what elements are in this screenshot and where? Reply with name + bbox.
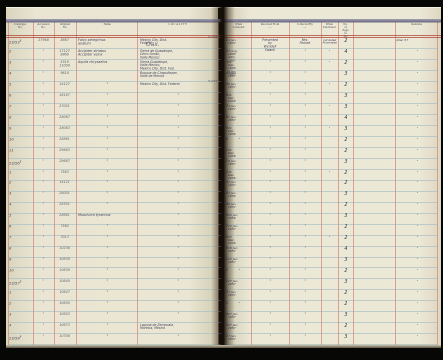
ledger-cell-loc: " [140,291,217,302]
ledger-cell-orig: 14127 [54,83,76,94]
ledger-cell-acc: " [33,324,54,335]
ledger-cell-acc: " [33,116,54,127]
ledger-cell-date: 17 Jan. 1957 [228,313,251,324]
ledger-cell-date: 27 Jan. 1957 [228,324,251,335]
col-header-accession-no: Accession No. [33,23,54,35]
ledger-cell-date: 4 Jan. 1957 [228,72,251,83]
ledger-cell-loc: " [140,160,217,171]
ledger-cell-eggs: 3 [338,160,353,171]
ledger-cell-cat: 3 [9,192,31,203]
col-header-collected-by: Collected By— [289,23,321,35]
ledger-cell-rem: " [396,94,438,105]
header-band [6,19,441,22]
ledger-cell-recv: " [251,291,289,302]
ledger-cell-acc: " [33,105,54,116]
ledger-cell-date: 23 Jan. 1957 [228,258,251,269]
ledger-cell-date: 4 Jan. 1957 [228,39,251,50]
ledger-cell-wp: " [321,61,338,72]
ledger-cell-date: 16 Jan. 1957 [228,247,251,258]
ledger-cell-eggs: 2 [338,324,353,335]
ledger-cell-coll: Mrs. Pelzart [289,39,321,50]
ledger-cell-recv: " [251,313,289,324]
ledger-cell-recv: " [251,280,289,291]
ledger-cell-name: " [78,83,137,94]
ledger-cell-date: 27 Jan. 1957 [228,280,251,291]
ledger-cell-orig: 10639 [54,269,76,280]
ledger-cell-cat: 3 [9,313,31,324]
ledger-cell-acc: " [33,269,54,280]
ledger-cell-eggs: 2 [338,149,353,160]
ledger-cell-eggs: 3 [338,313,353,324]
ledger-cell-wp: not dated Purchased [321,39,338,50]
ledger-cell-rem: " [396,269,438,280]
ledger-cell-loc: " [140,116,217,127]
ledger-cell-orig: 28861 [54,138,76,149]
ledger-cell-name: " [78,269,137,280]
ledger-cell-acc: " [33,291,54,302]
ledger-cell-wp: " [321,50,338,61]
ledger-cell-name: " [78,116,137,127]
ledger-cell-acc: " [33,61,54,72]
margin-note: 5/4/57 [188,80,217,86]
ledger-cell-date: 7 Jan. 1957 [228,291,251,302]
ledger-cell-name: " [78,302,137,313]
scan-border-left [0,0,6,360]
ledger-cell-recv: " [251,269,289,280]
ledger-cell-orig: 9618 [54,72,76,83]
ledger-cell-date: 21 Dec. 1956 [228,149,251,160]
ledger-cell-recv: " [251,258,289,269]
ledger-cell-rem: " [396,302,438,313]
ledger-cell-rem: Allan 57 [396,39,438,50]
ledger-cell-recv: " [251,116,289,127]
ledger-cell-orig: 10647 [54,291,76,302]
ledger-cell-rem: " [396,160,438,171]
ledger-cell-cat: 4 [9,72,31,83]
ledger-cell-coll: " [289,280,321,291]
ledger-cell-coll: " [289,50,321,61]
ledger-cell-cat: 5 [9,214,31,225]
ledger-cell-orig: 28067 [54,116,76,127]
ledger-cell-rem: " [396,138,438,149]
ledger-cell-rem: " [396,127,438,138]
ledger-cell-name: " [78,138,137,149]
ledger-cell-loc: " [140,127,217,138]
ledger-cell-eggs: 2 [338,138,353,149]
ledger-cell-eggs: 4 [338,116,353,127]
ledger-cell-coll: " [289,72,321,83]
column-rule [218,19,219,347]
ledger-cell-date: 21 Dec. 1956 [228,127,251,138]
ledger-cell-orig: 8867 [54,39,76,50]
ledger-cell-orig: 27001 [54,105,76,116]
ledger-cell-coll: " [289,83,321,94]
ledger-cell-loc: " [140,94,217,105]
ledger-cell-name: Falco peregrinus anatum [78,39,137,50]
ledger-cell-loc: Sierra Guadalupe, Valle Mexico, Mexico C… [140,61,217,72]
ledger-cell-cat: 6 [9,94,31,105]
ledger-cell-coll: " [289,291,321,302]
ledger-cell-coll: " [289,160,321,171]
ledger-cell-date: 7 Aug. 1956 Adm. 1957 [228,50,251,61]
ledger-cell-orig: 29663 [54,149,76,160]
ledger-cell-cat: 6 [9,225,31,236]
ledger-cell-date: 8 Jan. 1957 [228,83,251,94]
ledger-cell-cat: 4 [9,203,31,214]
ledger-cell-name: " [78,324,137,335]
ledger-cell-loc: " [140,280,217,291]
ledger-cell-name: " [78,94,137,105]
ledger-cell-loc: " [140,313,217,324]
ledger-cell-rem: " [396,116,438,127]
col-header-name: Name [77,23,137,35]
ledger-cell-acc: " [33,127,54,138]
ledger-cell-recv: " [251,83,289,94]
ledger-cell-coll: " [289,302,321,313]
ledger-cell-orig: 29667 [54,160,76,171]
ledger-cell-cat: 23/539 [9,39,31,50]
ledger-cell-acc: " [33,72,54,83]
ledger-cell-eggs: 3 [338,105,353,116]
ledger-cell-acc: " [33,280,54,291]
ledger-cell-acc: " [33,302,54,313]
col-header-when-collected: When Collected [226,23,250,35]
ledger-cell-rem: " [396,247,438,258]
ledger-cell-name: " [78,149,137,160]
ledger-cell-date: 9 Jan. 1957 [228,160,251,171]
ledger-cell-loc: " [140,269,217,280]
ledger-cell-loc: " [140,258,217,269]
header-rule-top [6,35,441,36]
ledger-cell-name: " [78,160,137,171]
ledger-cell-cat: 10 [9,138,31,149]
ledger-cell-coll: " [289,313,321,324]
ledger-cell-date: " [228,302,251,313]
ledger-cell-acc: " [33,94,54,105]
ledger-cell-cat: 1 [9,171,31,182]
ledger-cell-coll: " [289,324,321,335]
ledger-cell-cat: 7 [9,105,31,116]
ledger-cell-cat: 10 [9,269,31,280]
column-rule [137,19,138,347]
ledger-cell-loc: " [140,149,217,160]
col-header-eggs-in-set: No. of Eggs in Set [338,23,353,35]
ledger-cell-rem: " [396,258,438,269]
ledger-cell-wp: " [321,83,338,94]
ledger-cell-date: 21 Dec. 1956 [228,94,251,105]
ledger-cell-wp: " [321,127,338,138]
ledger-cell-loc: " [140,138,217,149]
margin-note: 5/4/57 [188,36,217,42]
ledger-cell-acc: " [33,313,54,324]
ledger-cell-eggs: 3 [338,94,353,105]
ledger-cell-orig: 10638 [54,258,76,269]
ledger-cell-recv: " [251,72,289,83]
ledger-cell-recv: " [251,61,289,72]
ledger-cell-coll: " [289,105,321,116]
ledger-cell-date: 2 Jan. 1957 [228,116,251,127]
ledger-cell-date: " [228,138,251,149]
ledger-cell-cat: 2 [9,181,31,192]
col-header-original-no: Original No. [54,23,76,35]
ledger-cell-orig: 10653 [54,313,76,324]
ledger-cell-name: " [78,280,137,291]
ledger-cell-rem: " [396,313,438,324]
ledger-cell-name: Aquila chrysaetos [78,61,137,72]
col-header-remarks: Remarks [395,23,438,35]
ledger-cell-cat: 3 [9,61,31,72]
ledger-cell-recv: " [251,94,289,105]
ledger-cell-recv: " [251,127,289,138]
col-header-received-from: Received From— [251,23,289,35]
ledger-cell-rem: " [396,280,438,291]
ledger-cell-cat: 9 [9,127,31,138]
ledger-cell-cat: 23/579 [9,280,31,291]
col-header-catalogue-no: Catalogue No. [9,23,32,35]
ledger-cell-cat: 5 [9,83,31,94]
ledger-cell-cat: 23/569 [9,160,31,171]
ledger-cell-name: Accipiter striatus Accipiter velox [78,50,137,61]
col-header-when-purchased: When Purchased [321,23,338,35]
ledger-cell-loc: " [140,302,217,313]
ledger-cell-acc: 27968 [33,39,54,50]
ledger-cell-recv: Presented by Wendell Swank [251,39,289,50]
ledger-cell-orig: 10650 [54,302,76,313]
ledger-cell-name: " [78,127,137,138]
ledger-cell-rem: " [396,324,438,335]
ledger-cell-cat: 1 [9,291,31,302]
ledger-cell-coll: " [289,258,321,269]
scanned-ledger-spread: Catalogue No. Accession No. Original No.… [0,0,443,360]
column-rule [76,19,77,347]
ledger-cell-recv: " [251,105,289,116]
ledger-cell-recv: " [251,138,289,149]
ledger-cell-wp: " [321,105,338,116]
ledger-cell-eggs: 3 [338,127,353,138]
ledger-cell-acc: " [33,83,54,94]
ledger-cell-orig: 10673 [54,324,76,335]
ledger-cell-rem: " [396,83,438,94]
ledger-cell-coll: " [289,61,321,72]
ledger-cell-cat: 8 [9,116,31,127]
ledger-cell-orig: 5319 11008 [54,61,76,72]
ledger-cell-cat: 2 [9,302,31,313]
ledger-cell-recv: " [251,149,289,160]
ledger-cell-wp: " [321,236,338,247]
ledger-cell-rem: " [396,105,438,116]
ledger-cell-acc: " [33,258,54,269]
ledger-cell-date: 4 Jan. 1957 [228,105,251,116]
ledger-cell-recv: " [251,324,289,335]
ledger-cell-recv: " [251,302,289,313]
ledger-cell-orig: 16167 [54,94,76,105]
ledger-cell-acc: " [33,50,54,61]
ledger-cell-cat: 4 [9,324,31,335]
ledger-cell-acc: " [33,160,54,171]
ledger-cell-rem: " [396,149,438,160]
page-top-edge [6,7,441,8]
ledger-cell-cat: 2 [9,50,31,61]
ledger-cell-recv: " [251,160,289,171]
ledger-cell-cat: 8 [9,247,31,258]
column-rule [353,19,354,347]
ledger-cell-date: " [228,269,251,280]
ledger-cell-date: 21 Dec. 1956 8 Jan. 1957 [228,61,251,72]
ledger-cell-name: " [78,291,137,302]
ledger-cell-orig: 10640 [54,280,76,291]
ledger-cell-coll: " [289,127,321,138]
ledger-cell-recv: " [251,50,289,61]
ledger-cell-coll: " [289,138,321,149]
ledger-cell-coll: " [289,149,321,160]
ledger-cell-coll: " [289,269,321,280]
ledger-cell-rem: " [396,61,438,72]
ledger-cell-rem: " [396,72,438,83]
ledger-cell-loc: Sierra de Guadalupe, Cerro Gordo, Valle … [140,50,217,61]
ledger-cell-loc: " [140,105,217,116]
ledger-cell-rem: " [396,291,438,302]
scan-border-top [0,0,443,7]
ledger-cell-coll: " [289,116,321,127]
ledger-cell-orig: 17127 8868 [54,50,76,61]
ledger-cell-rem: " [396,50,438,61]
ledger-cell-name: " [78,258,137,269]
ledger-cell-orig: 28063 [54,127,76,138]
ledger-cell-acc: " [33,149,54,160]
ledger-cell-coll: " [289,94,321,105]
ledger-cell-name: " [78,313,137,324]
ledger-cell-cat: 11 [9,149,31,160]
scan-border-bottom [0,348,443,360]
ledger-cell-name: " [78,105,137,116]
ledger-cell-acc: " [33,138,54,149]
ledger-cell-wp: " [321,171,338,182]
header-rule-bottom [6,37,441,38]
ledger-cell-cat: 7 [9,236,31,247]
ledger-cell-loc: Laguna de Zempoala, Morelos, Mexico [140,324,217,335]
